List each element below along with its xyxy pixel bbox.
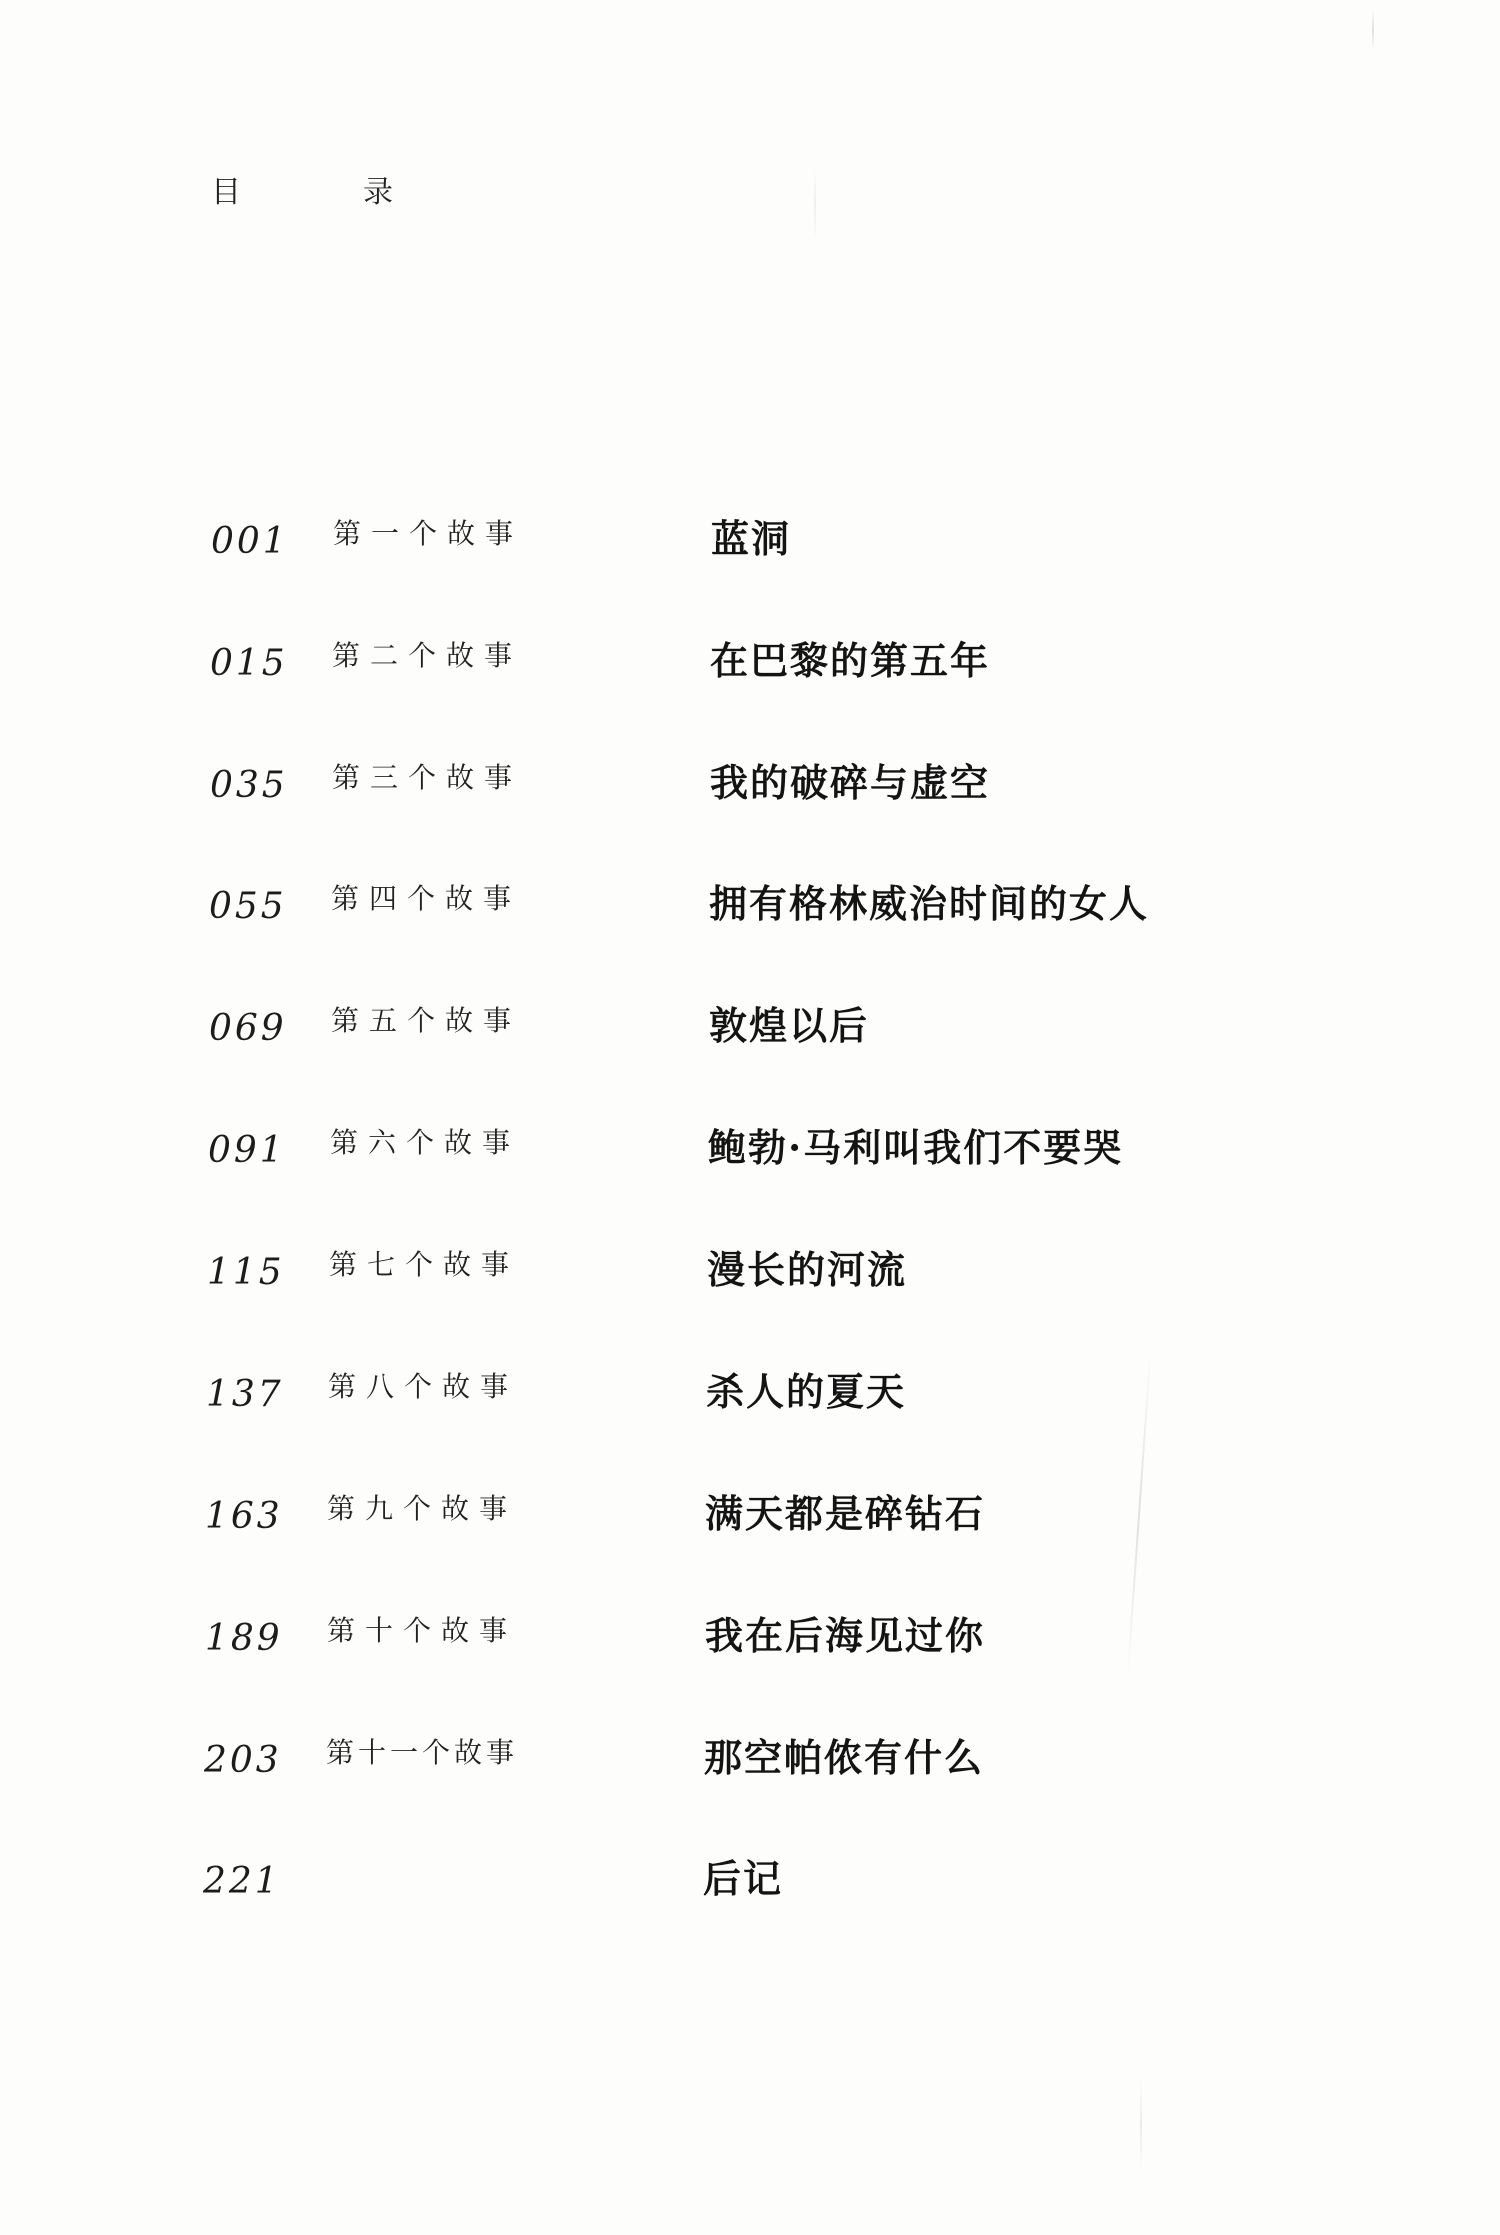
toc-entry[interactable]: 137 第八个故事 杀人的夏天 (206, 1373, 1206, 1433)
toc-entry[interactable]: 189 第十个故事 我在后海见过你 (205, 1617, 1205, 1677)
toc-page-number: 015 (210, 646, 288, 682)
scan-artifact-line (814, 170, 816, 240)
toc-heading: 目 录 (211, 178, 439, 208)
toc-chapter-title: 鲍勃·马利叫我们不要哭 (708, 1129, 1123, 1167)
toc-chapter-title: 蓝洞 (711, 520, 791, 558)
toc-chapter-title: 在巴黎的第五年 (710, 642, 990, 680)
toc-entry[interactable]: 055 第四个故事 拥有格林威治时间的女人 (209, 885, 1209, 945)
toc-page-number: 091 (208, 1133, 286, 1169)
toc-chapter-label: 第三个故事 (332, 764, 522, 792)
toc-chapter-title: 漫长的河流 (707, 1251, 907, 1289)
toc-entry[interactable]: 203 第十一个故事 那空帕侬有什么 (204, 1739, 1204, 1799)
toc-entry[interactable]: 221 后记 (203, 1860, 1203, 1920)
toc-page-number: 035 (210, 768, 288, 804)
toc-page-number: 137 (206, 1377, 284, 1413)
toc-page-number: 203 (204, 1743, 282, 1779)
toc-page-number: 189 (205, 1621, 283, 1657)
toc-entry[interactable]: 015 第二个故事 在巴黎的第五年 (210, 642, 1210, 702)
toc-chapter-title: 我的破碎与虚空 (710, 764, 990, 802)
toc-chapter-title: 拥有格林威治时间的女人 (709, 885, 1149, 923)
toc-page-number: 221 (203, 1864, 281, 1900)
toc-entry[interactable]: 069 第五个故事 敦煌以后 (209, 1007, 1209, 1067)
toc-chapter-label: 第八个故事 (328, 1373, 518, 1401)
toc-chapter-label: 第一个故事 (333, 520, 523, 548)
scan-artifact-line (1140, 2080, 1142, 2170)
toc-entry[interactable]: 001 第一个故事 蓝洞 (211, 520, 1211, 580)
toc-chapter-label: 第二个故事 (332, 642, 522, 670)
toc-chapter-label: 第五个故事 (331, 1007, 521, 1035)
toc-chapter-label: 第七个故事 (329, 1251, 519, 1279)
toc-chapter-title: 杀人的夏天 (706, 1373, 906, 1411)
toc-chapter-title: 满天都是碎钻石 (705, 1495, 985, 1533)
toc-chapter-label: 第十一个故事 (326, 1739, 518, 1767)
toc-chapter-title: 敦煌以后 (709, 1007, 869, 1045)
toc-entry[interactable]: 115 第七个故事 漫长的河流 (207, 1251, 1207, 1311)
toc-entry[interactable]: 163 第九个故事 满天都是碎钻石 (205, 1495, 1205, 1555)
toc-page-number: 055 (209, 889, 287, 925)
toc-chapter-title: 那空帕侬有什么 (704, 1739, 984, 1777)
toc-page-number: 069 (209, 1011, 287, 1047)
toc-entry[interactable]: 091 第六个故事 鲍勃·马利叫我们不要哭 (208, 1129, 1208, 1189)
book-page: 目 录 001 第一个故事 蓝洞 015 第二个故事 在巴黎的第五年 035 第… (0, 0, 1500, 2235)
toc-chapter-label: 第六个故事 (330, 1129, 520, 1157)
toc-page-number: 115 (207, 1255, 285, 1291)
toc-entry[interactable]: 035 第三个故事 我的破碎与虚空 (210, 764, 1210, 824)
scan-artifact-line (1372, 10, 1374, 50)
toc-chapter-label: 第十个故事 (327, 1617, 517, 1645)
toc-chapter-title: 后记 (703, 1860, 783, 1898)
toc-page-number: 163 (205, 1499, 283, 1535)
toc-page-number: 001 (211, 524, 289, 560)
toc-chapter-title: 我在后海见过你 (705, 1617, 985, 1655)
toc-chapter-label: 第四个故事 (331, 885, 521, 913)
toc-chapter-label: 第九个故事 (327, 1495, 517, 1523)
